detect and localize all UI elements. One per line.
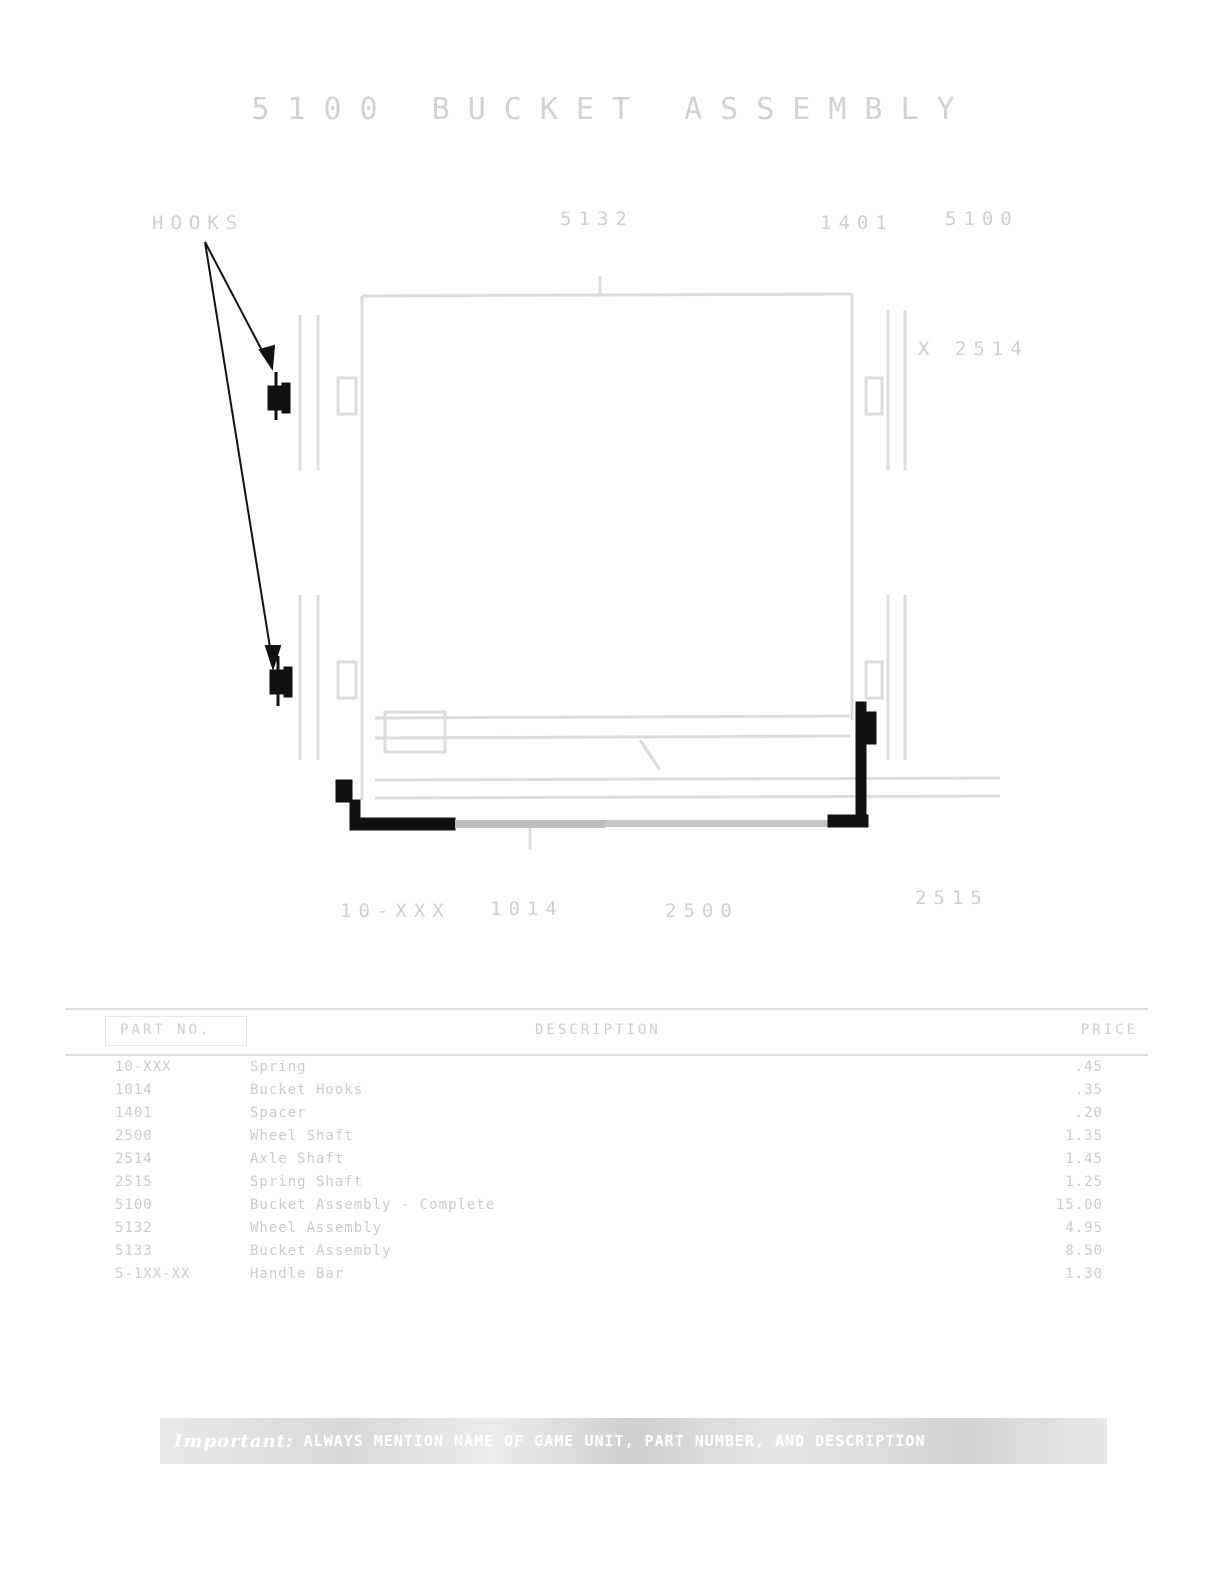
table-row: 2515Spring Shaft1.25 xyxy=(65,1171,1148,1194)
callout-2500: 2500 xyxy=(665,900,739,922)
description-cell: Bucket Hooks xyxy=(250,1082,363,1098)
description-cell: Wheel Assembly xyxy=(250,1220,382,1236)
bucket-base-bracket xyxy=(336,702,876,830)
part-number-cell: 5132 xyxy=(115,1220,153,1236)
callout-1014: 1014 xyxy=(490,898,564,920)
description-cell: Axle Shaft xyxy=(250,1151,344,1167)
parts-table: PART NO. DESCRIPTION PRICE 10-XXXSpring.… xyxy=(65,1008,1148,1286)
price-cell: 1.35 xyxy=(1065,1128,1103,1144)
part-number-cell: 2514 xyxy=(115,1151,153,1167)
table-row: 2500Wheel Shaft1.35 xyxy=(65,1125,1148,1148)
hook-icon-upper xyxy=(268,372,290,420)
table-row: 5132Wheel Assembly4.95 xyxy=(65,1217,1148,1240)
price-cell: .20 xyxy=(1075,1105,1103,1121)
price-cell: 1.25 xyxy=(1065,1174,1103,1190)
description-cell: Wheel Shaft xyxy=(250,1128,354,1144)
bucket-assembly-diagram xyxy=(0,0,1224,1000)
table-body: 10-XXXSpring.451014Bucket Hooks.351401Sp… xyxy=(65,1056,1148,1286)
price-cell: 1.45 xyxy=(1065,1151,1103,1167)
table-row: 5100Bucket Assembly - Complete15.00 xyxy=(65,1194,1148,1217)
description-cell: Spring Shaft xyxy=(250,1174,363,1190)
part-number-cell: 2500 xyxy=(115,1128,153,1144)
callout-1401: 1401 xyxy=(820,212,894,234)
table-row: 2514Axle Shaft1.45 xyxy=(65,1148,1148,1171)
description-cell: Bucket Assembly xyxy=(250,1243,391,1259)
part-number-cell: 1014 xyxy=(115,1082,153,1098)
callout-5132: 5132 xyxy=(560,208,634,230)
header-part-no: PART NO. xyxy=(120,1022,211,1038)
price-cell: 1.30 xyxy=(1065,1266,1103,1282)
callout-5100: 5100 xyxy=(945,208,1019,230)
callout-2514: X 2514 xyxy=(918,338,1029,360)
part-number-cell: 1401 xyxy=(115,1105,153,1121)
header-description: DESCRIPTION xyxy=(535,1022,661,1038)
price-cell: .45 xyxy=(1075,1059,1103,1075)
price-cell: 8.50 xyxy=(1065,1243,1103,1259)
description-cell: Spring xyxy=(250,1059,307,1075)
table-row: 1401Spacer.20 xyxy=(65,1102,1148,1125)
price-cell: 15.00 xyxy=(1056,1197,1103,1213)
part-number-cell: 5100 xyxy=(115,1197,153,1213)
table-header: PART NO. DESCRIPTION PRICE xyxy=(65,1008,1148,1056)
price-cell: .35 xyxy=(1075,1082,1103,1098)
table-row: 10-XXXSpring.45 xyxy=(65,1056,1148,1079)
table-row: 1014Bucket Hooks.35 xyxy=(65,1079,1148,1102)
leader-arrows xyxy=(205,242,280,668)
callout-10-xxx: 10-XXX xyxy=(340,900,451,922)
notice-text: ALWAYS MENTION NAME OF GAME UNIT, PART N… xyxy=(304,1432,926,1450)
price-cell: 4.95 xyxy=(1065,1220,1103,1236)
notice-banner: Important: ALWAYS MENTION NAME OF GAME U… xyxy=(160,1418,1107,1464)
part-number-cell: 5133 xyxy=(115,1243,153,1259)
callout-hooks: HOOKS xyxy=(152,212,244,234)
description-cell: Bucket Assembly - Complete xyxy=(250,1197,495,1213)
table-row: 5-1XX-XXHandle Bar1.30 xyxy=(65,1263,1148,1286)
description-cell: Handle Bar xyxy=(250,1266,344,1282)
table-row: 5133Bucket Assembly8.50 xyxy=(65,1240,1148,1263)
callout-2515: 2515 xyxy=(915,887,989,909)
bucket-outline xyxy=(300,276,1000,850)
part-number-cell: 5-1XX-XX xyxy=(115,1266,190,1282)
description-cell: Spacer xyxy=(250,1105,307,1121)
notice-lead: Important: xyxy=(174,1431,294,1452)
part-number-cell: 10-XXX xyxy=(115,1059,172,1075)
header-price: PRICE xyxy=(1081,1022,1138,1038)
part-number-cell: 2515 xyxy=(115,1174,153,1190)
